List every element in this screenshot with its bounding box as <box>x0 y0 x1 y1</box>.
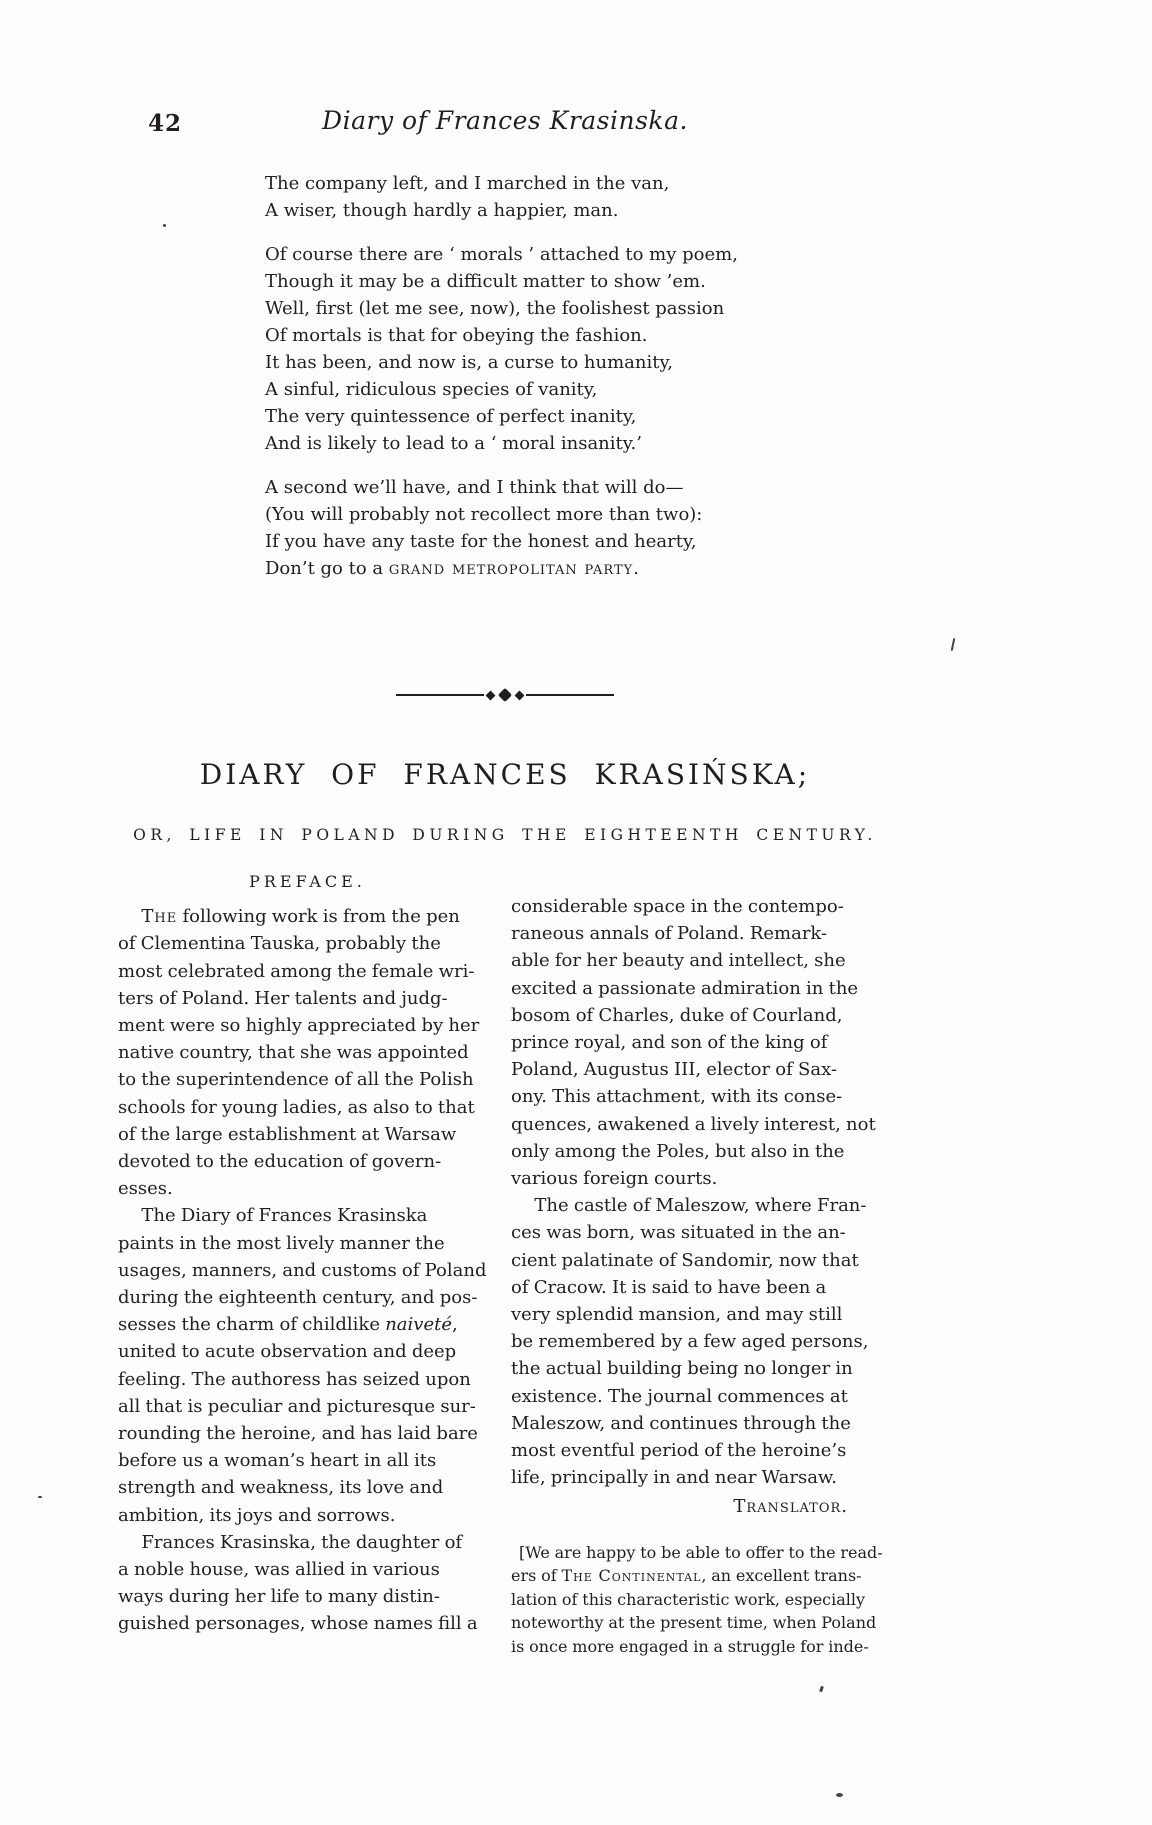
preface-paragraph-1: The following work is from the pen of Cl… <box>118 903 497 1202</box>
poem-stanza-3-lines: A second we’ll have, and I think that wi… <box>265 477 702 552</box>
preface-p1-lead: The <box>141 906 177 927</box>
article-title: DIARY OF FRANCES KRASIŃSKA; <box>115 758 895 791</box>
preface-p1-rest: following work is from the pen of Clemen… <box>118 906 479 1199</box>
scan-speck <box>836 1793 843 1797</box>
divider-line-left <box>396 694 484 696</box>
poem-stanza-3-last-prefix: Don’t go to a <box>265 558 389 579</box>
column-left: PREFACE. The following work is from the … <box>118 868 497 1658</box>
divider-diamond <box>498 688 512 702</box>
preface-paragraph-5: The castle of Maleszow, where Fran- ces … <box>511 1192 890 1491</box>
divider-diamond <box>486 690 496 700</box>
scan-speck <box>163 224 166 227</box>
poem: The company left, and I marched in the v… <box>265 170 738 599</box>
scan-speck <box>38 1496 42 1498</box>
preface-heading: PREFACE. <box>118 868 497 895</box>
note-journal-name: The Continental <box>561 1566 701 1585</box>
poem-stanza-3: A second we’ll have, and I think that wi… <box>265 474 738 582</box>
poem-stanza-3-smallcaps: grand metropolitan party. <box>389 558 640 579</box>
poem-stanza-2: Of course there are ‘ morals ’ attached … <box>265 241 738 457</box>
scan-speck <box>951 638 956 651</box>
running-title: Diary of Frances Krasinska. <box>115 106 895 135</box>
divider-line-right <box>526 694 614 696</box>
divider-diamond <box>515 690 525 700</box>
preface-paragraph-2: The Diary of Frances Krasinska paints in… <box>118 1202 497 1528</box>
preface-paragraph-3: Frances Krasinska, the daughter of a nob… <box>118 1529 497 1638</box>
translator-signature: Translator. <box>511 1493 890 1520</box>
editorial-note: [We are happy to be able to offer to the… <box>511 1541 890 1659</box>
section-divider <box>115 690 895 700</box>
poem-stanza-1: The company left, and I marched in the v… <box>265 170 738 224</box>
scan-speck <box>819 1686 824 1693</box>
preface-columns: PREFACE. The following work is from the … <box>118 868 890 1658</box>
column-right: considerable space in the contempo- rane… <box>511 868 890 1658</box>
preface-p2-italic-word: naiveté <box>385 1314 452 1335</box>
book-page: 42 Diary of Frances Krasinska. The compa… <box>0 0 1152 1825</box>
article-subtitle: OR, LIFE IN POLAND DURING THE EIGHTEENTH… <box>115 826 895 844</box>
preface-paragraph-4: considerable space in the contempo- rane… <box>511 893 890 1192</box>
preface-p2-after: , united to acute observation and deep f… <box>118 1314 478 1525</box>
